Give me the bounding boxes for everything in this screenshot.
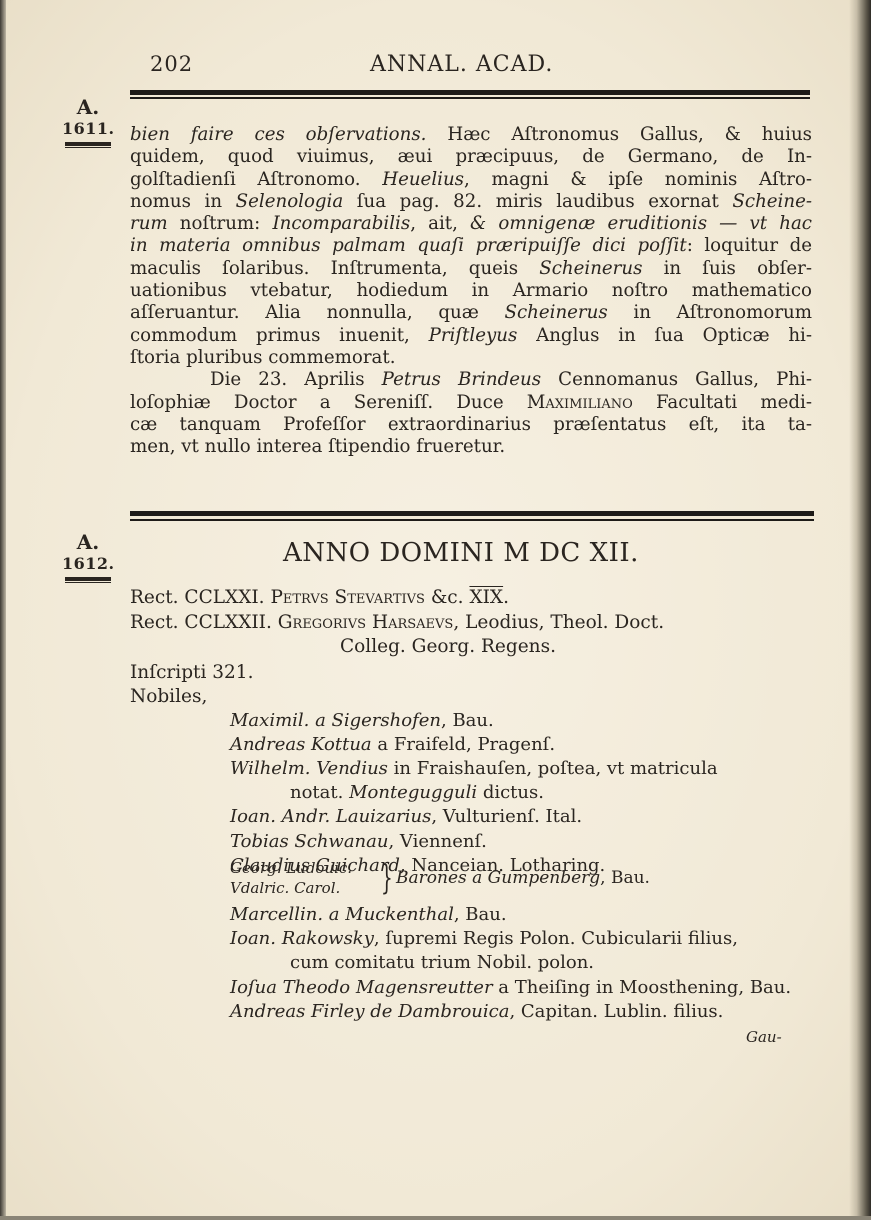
text-segment: & omnigenæ eruditionis — vt hac [470, 213, 812, 234]
text-segment: ſua pag. 82. miris laudibus exornat [343, 191, 732, 212]
section-heading-1612: ANNO DOMINI M DC XII. [283, 538, 639, 568]
entry-continuation: notat. Montegugguli dictus. [290, 782, 544, 803]
text-line: in materia omnibus palmam quaſi præripui… [130, 235, 812, 257]
rector-suffix: &c. [425, 587, 469, 608]
inscripti-count: Inſcripti 321. [130, 662, 253, 683]
text-line: quidem, quod viuimus, æui præcipuus, de … [130, 146, 812, 168]
text-segment: Scheine- [732, 191, 812, 212]
brace-icon: } [381, 861, 393, 895]
rector-suffix: , Leodius, Theol. Doct. [453, 612, 664, 633]
entry-cont-rest: dictus. [477, 782, 544, 803]
text-line: maculis ſolaribus. Inſtrumenta, queis Sc… [130, 258, 812, 280]
margin-note-1611: A. 1611. [62, 95, 114, 148]
text-segment: Selenologia [236, 191, 344, 212]
text-line: loſophiæ Doctor a Sereniſſ. Duce Maximil… [130, 392, 812, 414]
text-line: cæ tanquam Profeſſor extraordinarius præ… [130, 414, 812, 436]
margin-rule [65, 577, 111, 583]
entry-detail: , ſupremi Regis Polon. Cubicularii filiu… [374, 928, 738, 949]
text-line: men, vt nullo interea ſtipendio frueretu… [130, 436, 812, 458]
matriculant-entry: Andreas Firley de Dambrouica, Capitan. L… [230, 1001, 723, 1022]
rector-end: . [503, 587, 509, 608]
running-header: 202 ANNAL. ACAD. [150, 52, 810, 82]
text-line: commodum primus inuenit, Priſtleyus Angl… [130, 325, 812, 347]
section-1611-text: bien faire ces obſervations. Hæc Aſtrono… [130, 124, 812, 458]
rector-name: Gregorivs Harsaevs [278, 612, 454, 633]
margin-note-1612: A. 1612. [62, 530, 114, 583]
entry-detail: , Bau. [454, 904, 507, 925]
entry-detail: , Capitan. Lublin. filius. [509, 1001, 723, 1022]
entry-name: Tobias Schwanau [230, 831, 388, 852]
rector-number: Rect. CCLXXII. [130, 612, 278, 633]
entry-name: Andreas Firley de Dambrouica [230, 1001, 509, 1022]
margin-anno: A. [62, 95, 114, 119]
matriculant-entry: Tobias Schwanau, Viennenſ. [230, 831, 487, 852]
book-page: 202 ANNAL. ACAD. A. 1611. bien faire ces… [0, 0, 871, 1220]
entry-detail: , Vulturienſ. Ital. [431, 806, 582, 827]
entry-name: Ioſua Theodo Magensreutter [230, 977, 493, 998]
text-segment: noſtrum: [168, 213, 273, 234]
text-segment: Petrus Brindeus [382, 369, 541, 390]
text-segment: Hæc Aſtronomus Gallus, & huius [426, 124, 812, 145]
entry-name: Marcellin. a Muckenthal [230, 904, 454, 925]
text-segment: Scheinerus [539, 258, 642, 279]
text-segment: Facultati medi- [633, 392, 812, 413]
entry-name: Ioan. Rakowsky [230, 928, 374, 949]
text-segment: men, vt nullo interea ſtipendio frueretu… [130, 436, 505, 457]
text-line: Die 23. Aprilis Petrus Brindeus Cennoman… [130, 369, 812, 391]
page-gutter-right [849, 0, 871, 1220]
matriculant-entry: Ioan. Rakowsky, ſupremi Regis Polon. Cub… [230, 928, 738, 949]
entry-name: Maximil. a Sigershofen [230, 710, 441, 731]
entry-cont-text: cum comitatu trium Nobil. polon. [290, 952, 594, 973]
margin-anno: A. [62, 530, 114, 554]
entry-name: Andreas Kottua [230, 734, 372, 755]
text-segment: , magni & ipſe nominis Aſtro- [464, 169, 812, 190]
page-edge-bottom [0, 1216, 871, 1220]
margin-year: 1612. [62, 554, 114, 573]
entry-name: Ioan. Andr. Lauizarius [230, 806, 431, 827]
text-segment: bien faire ces obſervations. [130, 124, 426, 145]
entry-detail: , Viennenſ. [388, 831, 486, 852]
text-segment: maculis ſolaribus. Inſtrumenta, queis [130, 258, 539, 279]
margin-rule [65, 142, 111, 148]
text-segment: rum [130, 213, 168, 234]
entry-detail: a Fraifeld, Pragenſ. [372, 734, 555, 755]
text-segment: Maximiliano [527, 392, 633, 413]
margin-year: 1611. [62, 119, 114, 138]
text-segment: aſſeruantur. Alia nonnulla, quæ [130, 302, 505, 323]
entry-name: Wilhelm. Vendius [230, 758, 388, 779]
matriculant-entry: Maximil. a Sigershofen, Bau. [230, 710, 494, 731]
entry-continuation: cum comitatu trium Nobil. polon. [290, 952, 594, 973]
rector-continuation: Colleg. Georg. Regens. [340, 636, 556, 657]
entry-detail: a Theiſing in Moosthening, Bau. [493, 977, 792, 998]
nobiles-label: Nobiles, [130, 686, 207, 707]
text-segment: Incomparabilis [272, 213, 410, 234]
entry-detail: in Fraishauſen, poſtea, vt matricula [388, 758, 718, 779]
text-segment: in Aſtronomorum [608, 302, 812, 323]
section-divider-rule [130, 511, 814, 521]
matriculant-entry: Ioſua Theodo Magensreutter a Theiſing in… [230, 977, 791, 998]
text-segment: quidem, quod viuimus, æui præcipuus, de … [130, 146, 812, 167]
matriculant-entry: Andreas Kottua a Fraifeld, Pragenſ. [230, 734, 555, 755]
text-segment: in ſuis obſer- [642, 258, 812, 279]
header-rule [130, 90, 810, 99]
brace-desc-rest: , Bau. [600, 868, 650, 888]
entry-detail: , Bau. [441, 710, 494, 731]
text-segment: Die 23. Aprilis [210, 369, 382, 390]
entry-cont-name: Montegugguli [349, 782, 477, 803]
matriculant-entry: Wilhelm. Vendius in Fraishauſen, poſtea,… [230, 758, 718, 779]
text-segment: Heuelius [382, 169, 464, 190]
brace-name: Vdalric. Carol. [230, 879, 340, 897]
matriculant-entry: Ioan. Andr. Lauizarius, Vulturienſ. Ital… [230, 806, 582, 827]
brace-name: Georg. Ludouic. [230, 859, 352, 877]
text-segment: commodum primus inuenit, [130, 325, 429, 346]
text-line: aſſeruantur. Alia nonnulla, quæ Scheiner… [130, 302, 812, 324]
catchword: Gau- [746, 1028, 782, 1046]
running-title: ANNAL. ACAD. [370, 52, 553, 77]
rector-line-271: Rect. CCLXXI. Petrvs Stevartivs &c. XIX. [130, 587, 509, 608]
text-line: ſtoria pluribus commemorat. [130, 347, 812, 369]
text-segment: loſophiæ Doctor a Sereniſſ. Duce [130, 392, 527, 413]
matriculant-entry: Marcellin. a Muckenthal, Bau. [230, 904, 507, 925]
rector-number: Rect. CCLXXI. [130, 587, 270, 608]
text-line: nomus in Selenologia ſua pag. 82. miris … [130, 191, 812, 213]
text-segment: Anglus in ſua Opticæ hi- [517, 325, 812, 346]
text-segment: Priſtleyus [429, 325, 518, 346]
text-segment: nomus in [130, 191, 236, 212]
rector-numeral: XIX [469, 587, 503, 608]
text-segment: golſtadienſi Aſtronomo. [130, 169, 382, 190]
brace-description: Barones a Gumpenberg, Bau. [396, 868, 650, 888]
gumpenberg-brace-group: Georg. Ludouic. Vdalric. Carol. } Barone… [230, 859, 750, 903]
text-segment: : loquitur de [687, 235, 812, 256]
text-line: bien faire ces obſervations. Hæc Aſtrono… [130, 124, 812, 146]
text-segment: uationibus vtebatur, hodiedum in Armario… [130, 280, 812, 301]
text-line: rum noſtrum: Incomparabilis, ait, & omni… [130, 213, 812, 235]
rector-name: Petrvs Stevartivs [270, 587, 425, 608]
rector-line-272: Rect. CCLXXII. Gregorivs Harsaevs, Leodi… [130, 612, 664, 633]
entry-cont-text: notat. [290, 782, 349, 803]
text-segment: cæ tanquam Profeſſor extraordinarius præ… [130, 414, 812, 435]
text-segment: in materia omnibus palmam quaſi præripui… [130, 235, 687, 256]
page-number: 202 [150, 52, 193, 76]
text-line: uationibus vtebatur, hodiedum in Armario… [130, 280, 812, 302]
text-segment: , ait, [410, 213, 470, 234]
text-segment: Scheinerus [505, 302, 608, 323]
text-line: golſtadienſi Aſtronomo. Heuelius, magni … [130, 169, 812, 191]
text-segment: ſtoria pluribus commemorat. [130, 347, 396, 368]
text-segment: Cennomanus Gallus, Phi- [541, 369, 812, 390]
brace-desc-italic: Barones a Gumpenberg [396, 868, 600, 888]
page-edge-left [0, 0, 6, 1220]
